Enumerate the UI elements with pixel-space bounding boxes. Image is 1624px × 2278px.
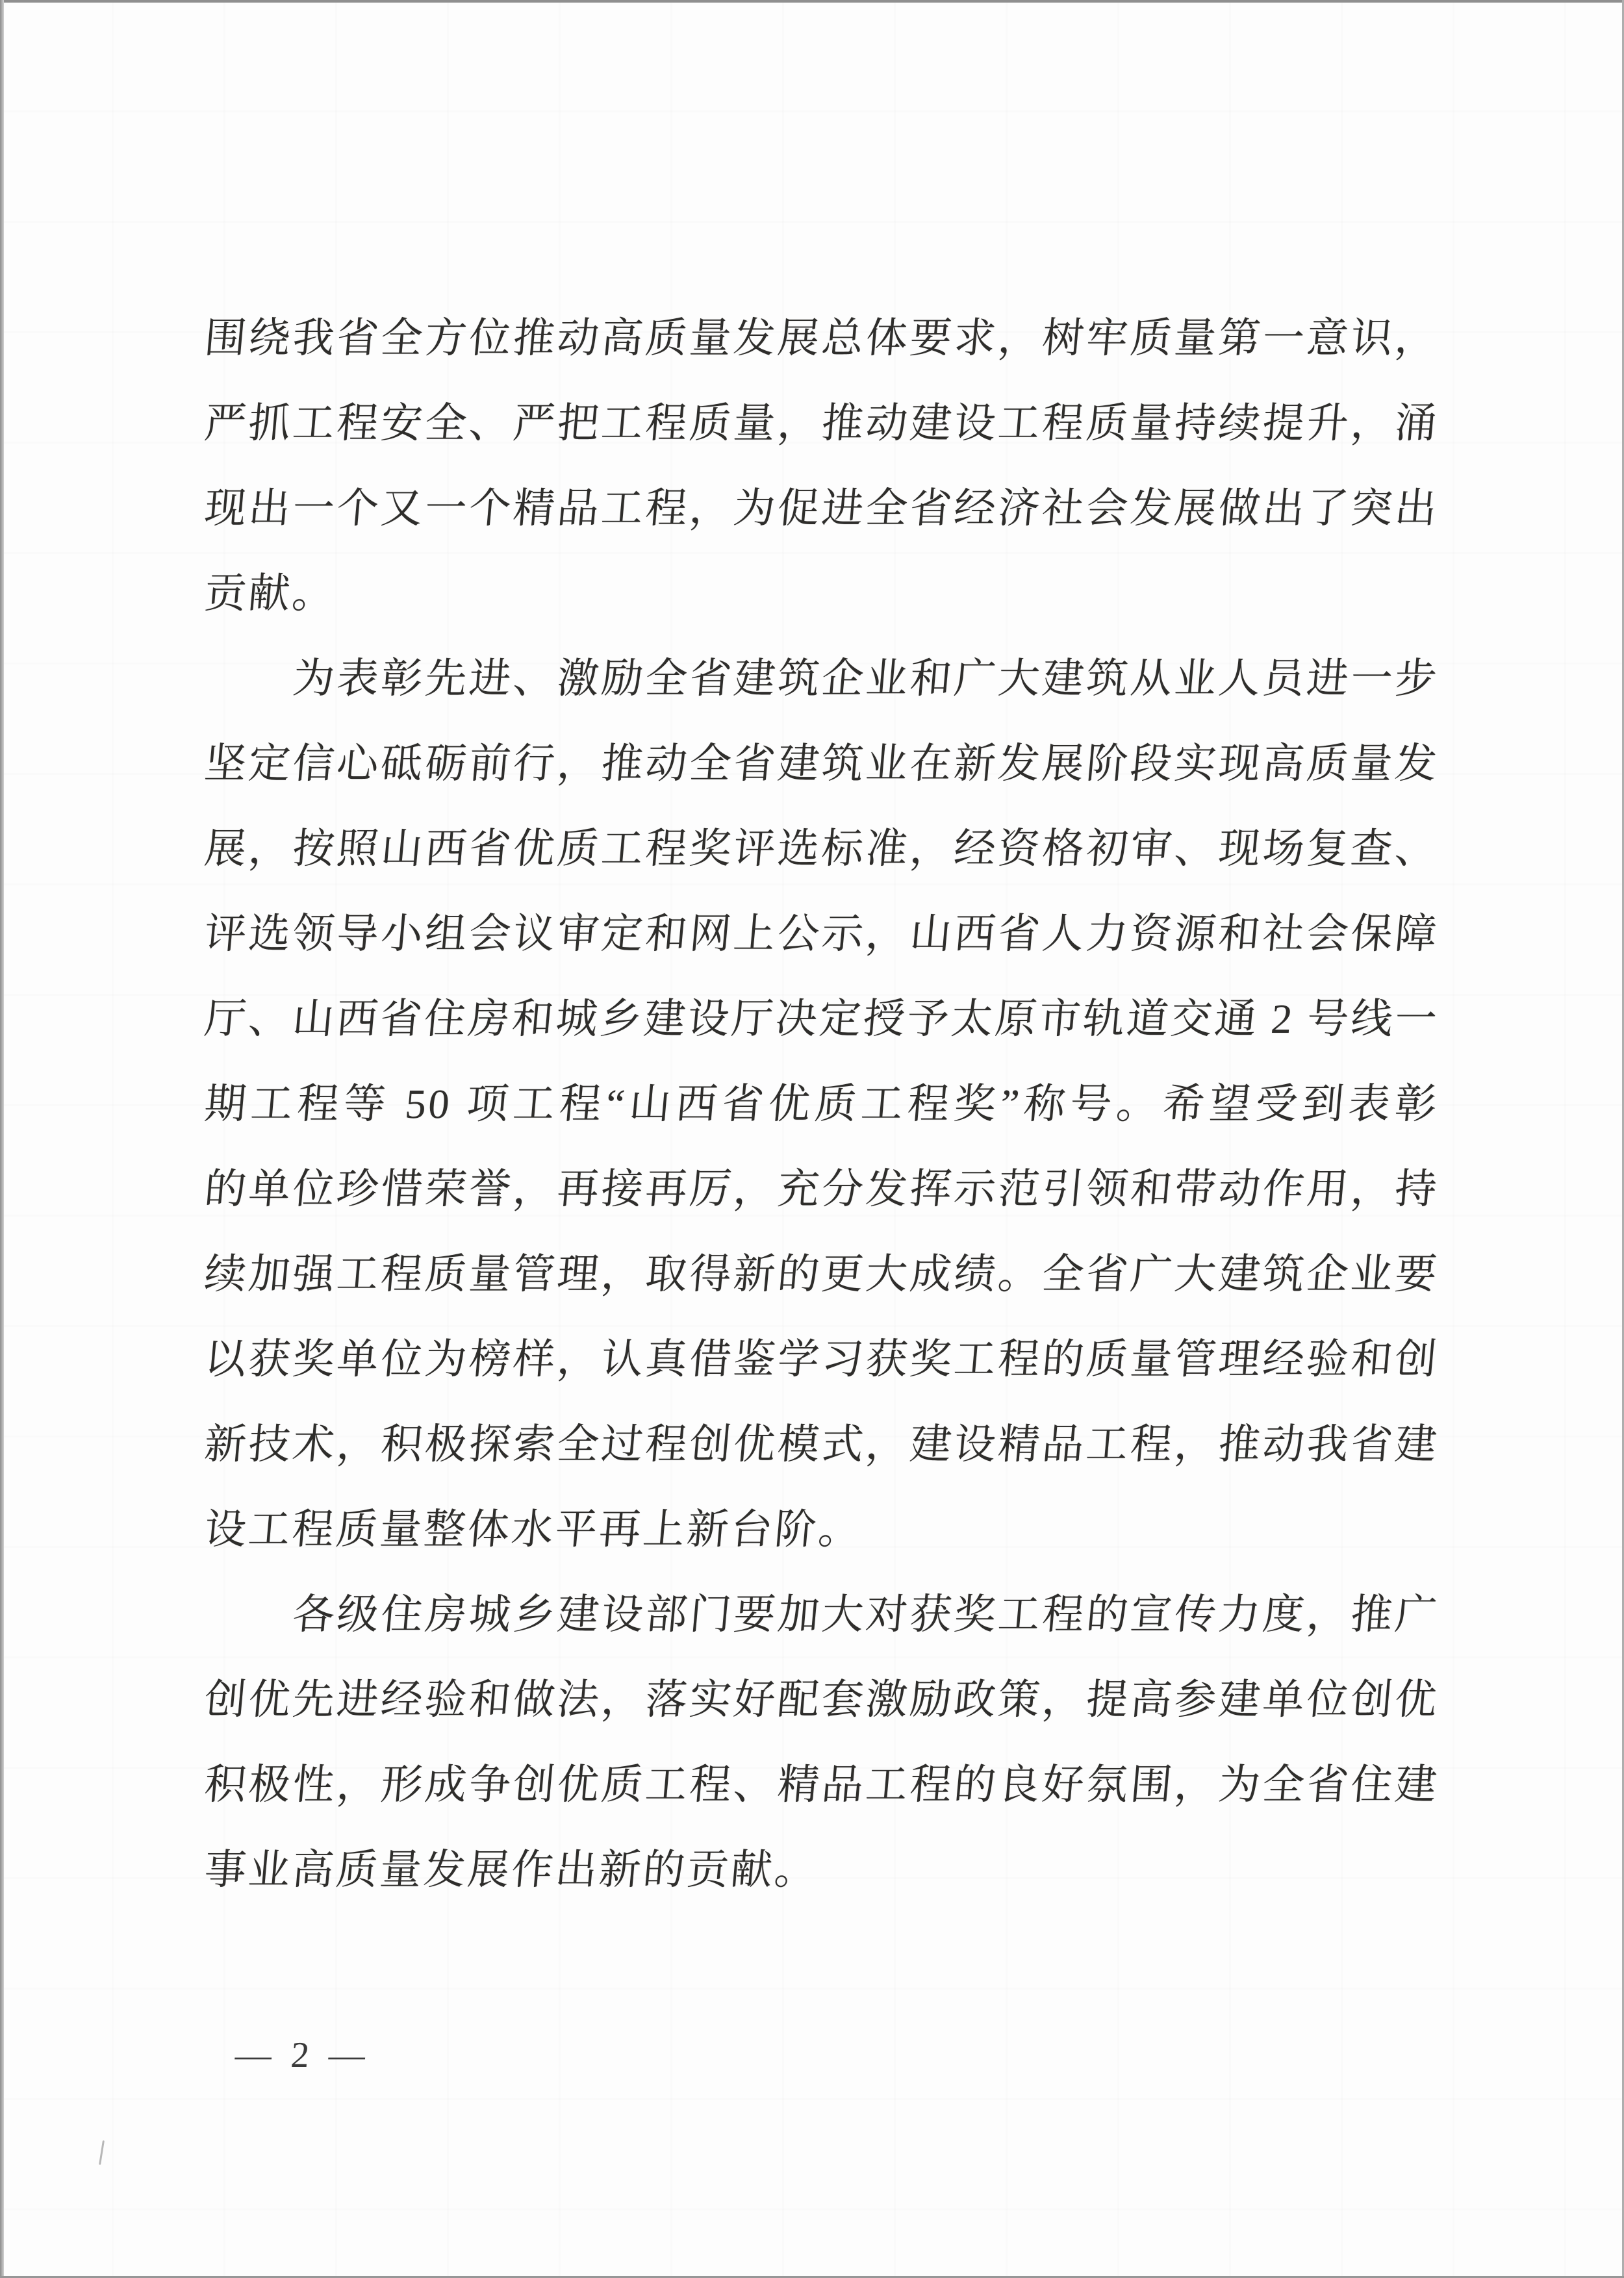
scan-edge-top xyxy=(0,0,1624,3)
body-line: 期工程等 50 项工程“山西省优质工程奖”称号。希望受到表彰 xyxy=(201,1061,1442,1146)
body-line: 坚定信心砥砺前行，推动全省建筑业在新发展阶段实现高质量发 xyxy=(201,721,1442,806)
document-page: 围绕我省全方位推动高质量发展总体要求，树牢质量第一意识， 严抓工程安全、严把工程… xyxy=(0,0,1624,2278)
body-line: 的单位珍惜荣誉，再接再厉，充分发挥示范引领和带动作用，持 xyxy=(201,1146,1442,1232)
body-line: 积极性，形成争创优质工程、精品工程的良好氛围，为全省住建 xyxy=(201,1742,1442,1827)
body-line: 创优先进经验和做法，落实好配套激励政策，提高参建单位创优 xyxy=(201,1657,1442,1742)
body-line: 围绕我省全方位推动高质量发展总体要求，树牢质量第一意识， xyxy=(201,296,1442,381)
paragraph-2: 为表彰先进、激励全省建筑企业和广大建筑从业人员进一步 坚定信心砥砺前行，推动全省… xyxy=(205,636,1439,1572)
body-line: 以获奖单位为榜样，认真借鉴学习获奖工程的质量管理经验和创 xyxy=(201,1317,1442,1402)
body-line: 贡献。 xyxy=(201,551,1442,636)
body-line: 严抓工程安全、严把工程质量，推动建设工程质量持续提升，涌 xyxy=(201,381,1442,466)
body-line: 设工程质量整体水平再上新台阶。 xyxy=(201,1487,1442,1572)
paragraph-3: 各级住房城乡建设部门要加大对获奖工程的宣传力度，推广 创优先进经验和做法，落实好… xyxy=(205,1572,1439,1912)
body-line: 续加强工程质量管理，取得新的更大成绩。全省广大建筑企业要 xyxy=(201,1232,1442,1317)
body-line: 现出一个又一个精品工程，为促进全省经济社会发展做出了突出 xyxy=(201,466,1442,551)
body-line: 展，按照山西省优质工程奖评选标准，经资格初审、现场复查、 xyxy=(201,806,1442,891)
body-text: 围绕我省全方位推动高质量发展总体要求，树牢质量第一意识， 严抓工程安全、严把工程… xyxy=(205,296,1439,1912)
body-line: 评选领导小组会议审定和网上公示，山西省人力资源和社会保障 xyxy=(201,891,1442,976)
body-line: 为表彰先进、激励全省建筑企业和广大建筑从业人员进一步 xyxy=(201,636,1442,721)
body-line: 各级住房城乡建设部门要加大对获奖工程的宣传力度，推广 xyxy=(201,1572,1442,1657)
paragraph-1: 围绕我省全方位推动高质量发展总体要求，树牢质量第一意识， 严抓工程安全、严把工程… xyxy=(205,296,1439,636)
page-number: — 2 — xyxy=(234,2036,372,2075)
scan-edge-left xyxy=(0,0,4,2278)
body-line: 厅、山西省住房和城乡建设厅决定授予太原市轨道交通 2 号线一 xyxy=(201,976,1442,1061)
body-line: 新技术，积极探索全过程创优模式，建设精品工程，推动我省建 xyxy=(201,1402,1442,1487)
scan-artifact-mark xyxy=(99,2140,105,2165)
body-line: 事业高质量发展作出新的贡献。 xyxy=(201,1827,1442,1912)
